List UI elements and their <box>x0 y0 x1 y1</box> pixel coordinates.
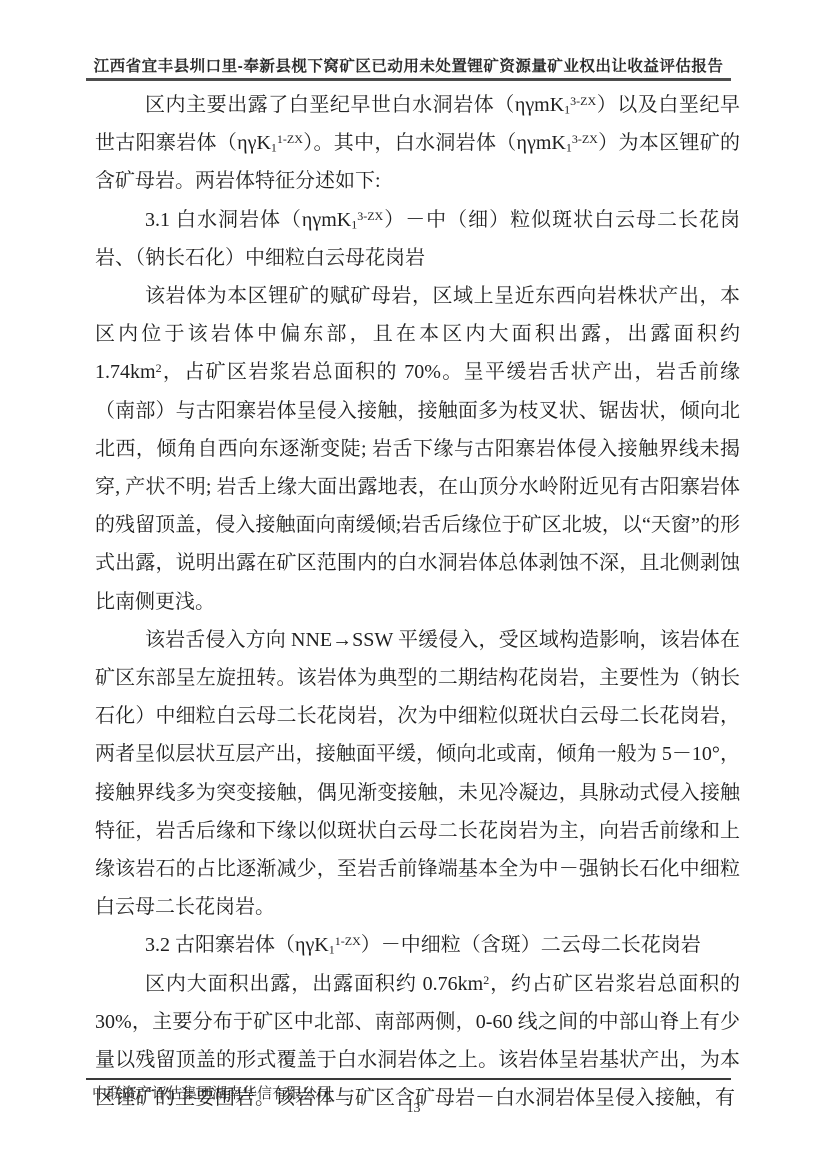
formula-superscript: 3-ZX <box>572 132 598 146</box>
section-heading: 3.1 白水洞岩体（ηγmK13-ZX）－中（细）粒似斑状白云母二长花岗岩、（钠… <box>95 201 740 277</box>
report-page: 江西省宜丰县圳口里-奉新县枧下窝矿区已动用未处置锂矿资源量矿业权出让收益评估报告… <box>0 0 827 1170</box>
document-body: 区内主要出露了白垩纪早世白水洞岩体（ηγmK13-ZX）以及白垩纪早世古阳寨岩体… <box>95 86 740 1117</box>
formula-superscript: 2 <box>156 361 162 375</box>
formula-superscript: 1-ZX <box>335 934 361 948</box>
footer-rule <box>86 1078 731 1080</box>
page-number: 13 <box>0 1101 827 1117</box>
paragraph: 该岩舌侵入方向 NNE→SSW 平缓侵入，受区域构造影响，该岩体在矿区东部呈左旋… <box>95 621 740 927</box>
header-rule <box>86 78 731 81</box>
page-header-title: 江西省宜丰县圳口里-奉新县枧下窝矿区已动用未处置锂矿资源量矿业权出让收益评估报告 <box>86 54 731 76</box>
paragraph: 该岩体为本区锂矿的赋矿母岩，区域上呈近东西向岩株状产出，本区内位于该岩体中偏东部… <box>95 277 740 621</box>
section-heading: 3.2 古阳寨岩体（ηγK11-ZX）－中细粒（含斑）二云母二长花岗岩 <box>95 926 740 964</box>
formula-superscript: 1-ZX <box>277 132 303 146</box>
formula-superscript: 2 <box>483 973 489 987</box>
paragraph: 区内主要出露了白垩纪早世白水洞岩体（ηγmK13-ZX）以及白垩纪早世古阳寨岩体… <box>95 86 740 201</box>
footer-company-name: 中联资产评估集团湖南华信有限公司 <box>92 1082 332 1103</box>
formula-superscript: 3-ZX <box>357 209 383 223</box>
formula-superscript: 3-ZX <box>570 94 596 108</box>
